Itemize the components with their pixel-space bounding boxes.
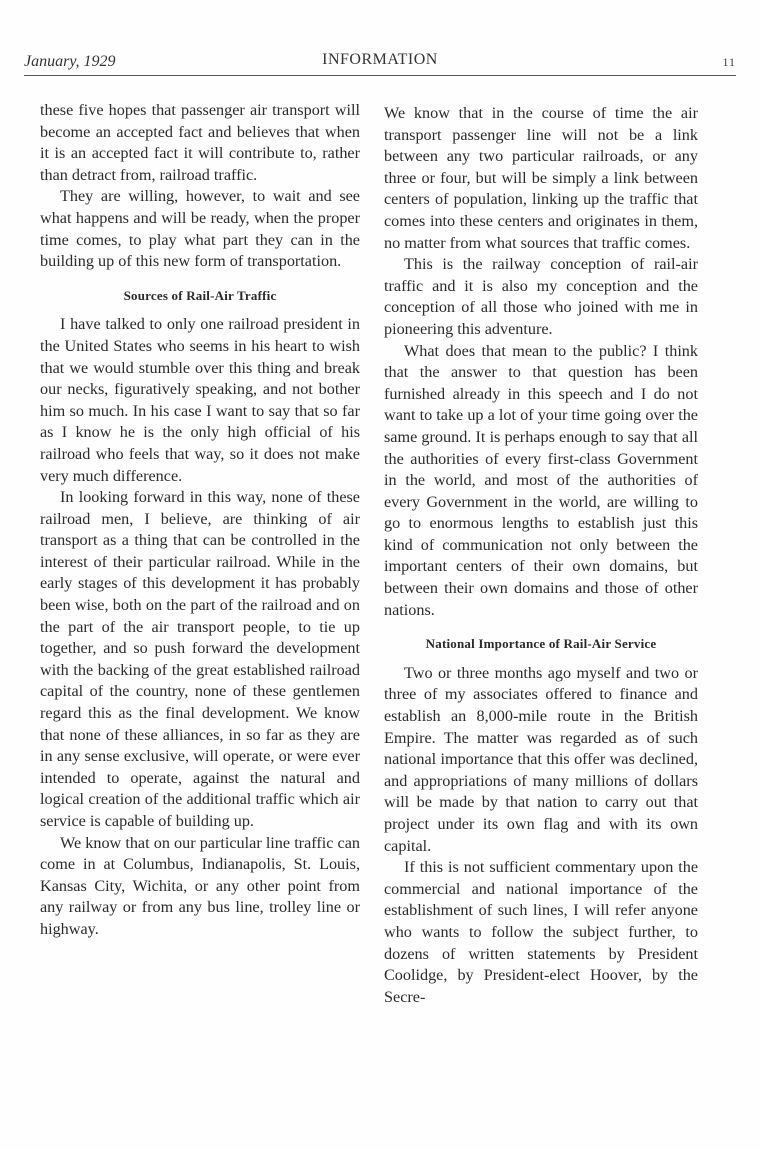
paragraph: I have talked to only one railroad presi… xyxy=(40,314,360,487)
paragraph: We know that on our particular line traf… xyxy=(40,833,360,941)
page-number: 11 xyxy=(722,55,736,70)
right-column: We know that in the course of time the a… xyxy=(384,103,698,1008)
section-heading: National Importance of Rail-Air Service xyxy=(384,633,698,655)
page-header: January, 1929 INFORMATION 11 xyxy=(24,50,736,74)
paragraph: They are willing, however, to wait and s… xyxy=(40,186,360,272)
section-heading: Sources of Rail-Air Traffic xyxy=(40,285,360,307)
paragraph: What does that mean to the public? I thi… xyxy=(384,341,698,622)
paragraph: We know that in the course of time the a… xyxy=(384,103,698,254)
magazine-page: January, 1929 INFORMATION 11 these five … xyxy=(0,0,760,1150)
left-column: these five hopes that passenger air tran… xyxy=(40,100,360,941)
header-rule xyxy=(24,75,736,76)
paragraph: Two or three months ago myself and two o… xyxy=(384,663,698,857)
publication-title: INFORMATION xyxy=(24,51,736,69)
paragraph: these five hopes that passenger air tran… xyxy=(40,100,360,186)
paragraph: This is the railway conception of rail-a… xyxy=(384,254,698,340)
paragraph: If this is not sufficient commentary upo… xyxy=(384,857,698,1008)
paragraph: In looking forward in this way, none of … xyxy=(40,487,360,833)
